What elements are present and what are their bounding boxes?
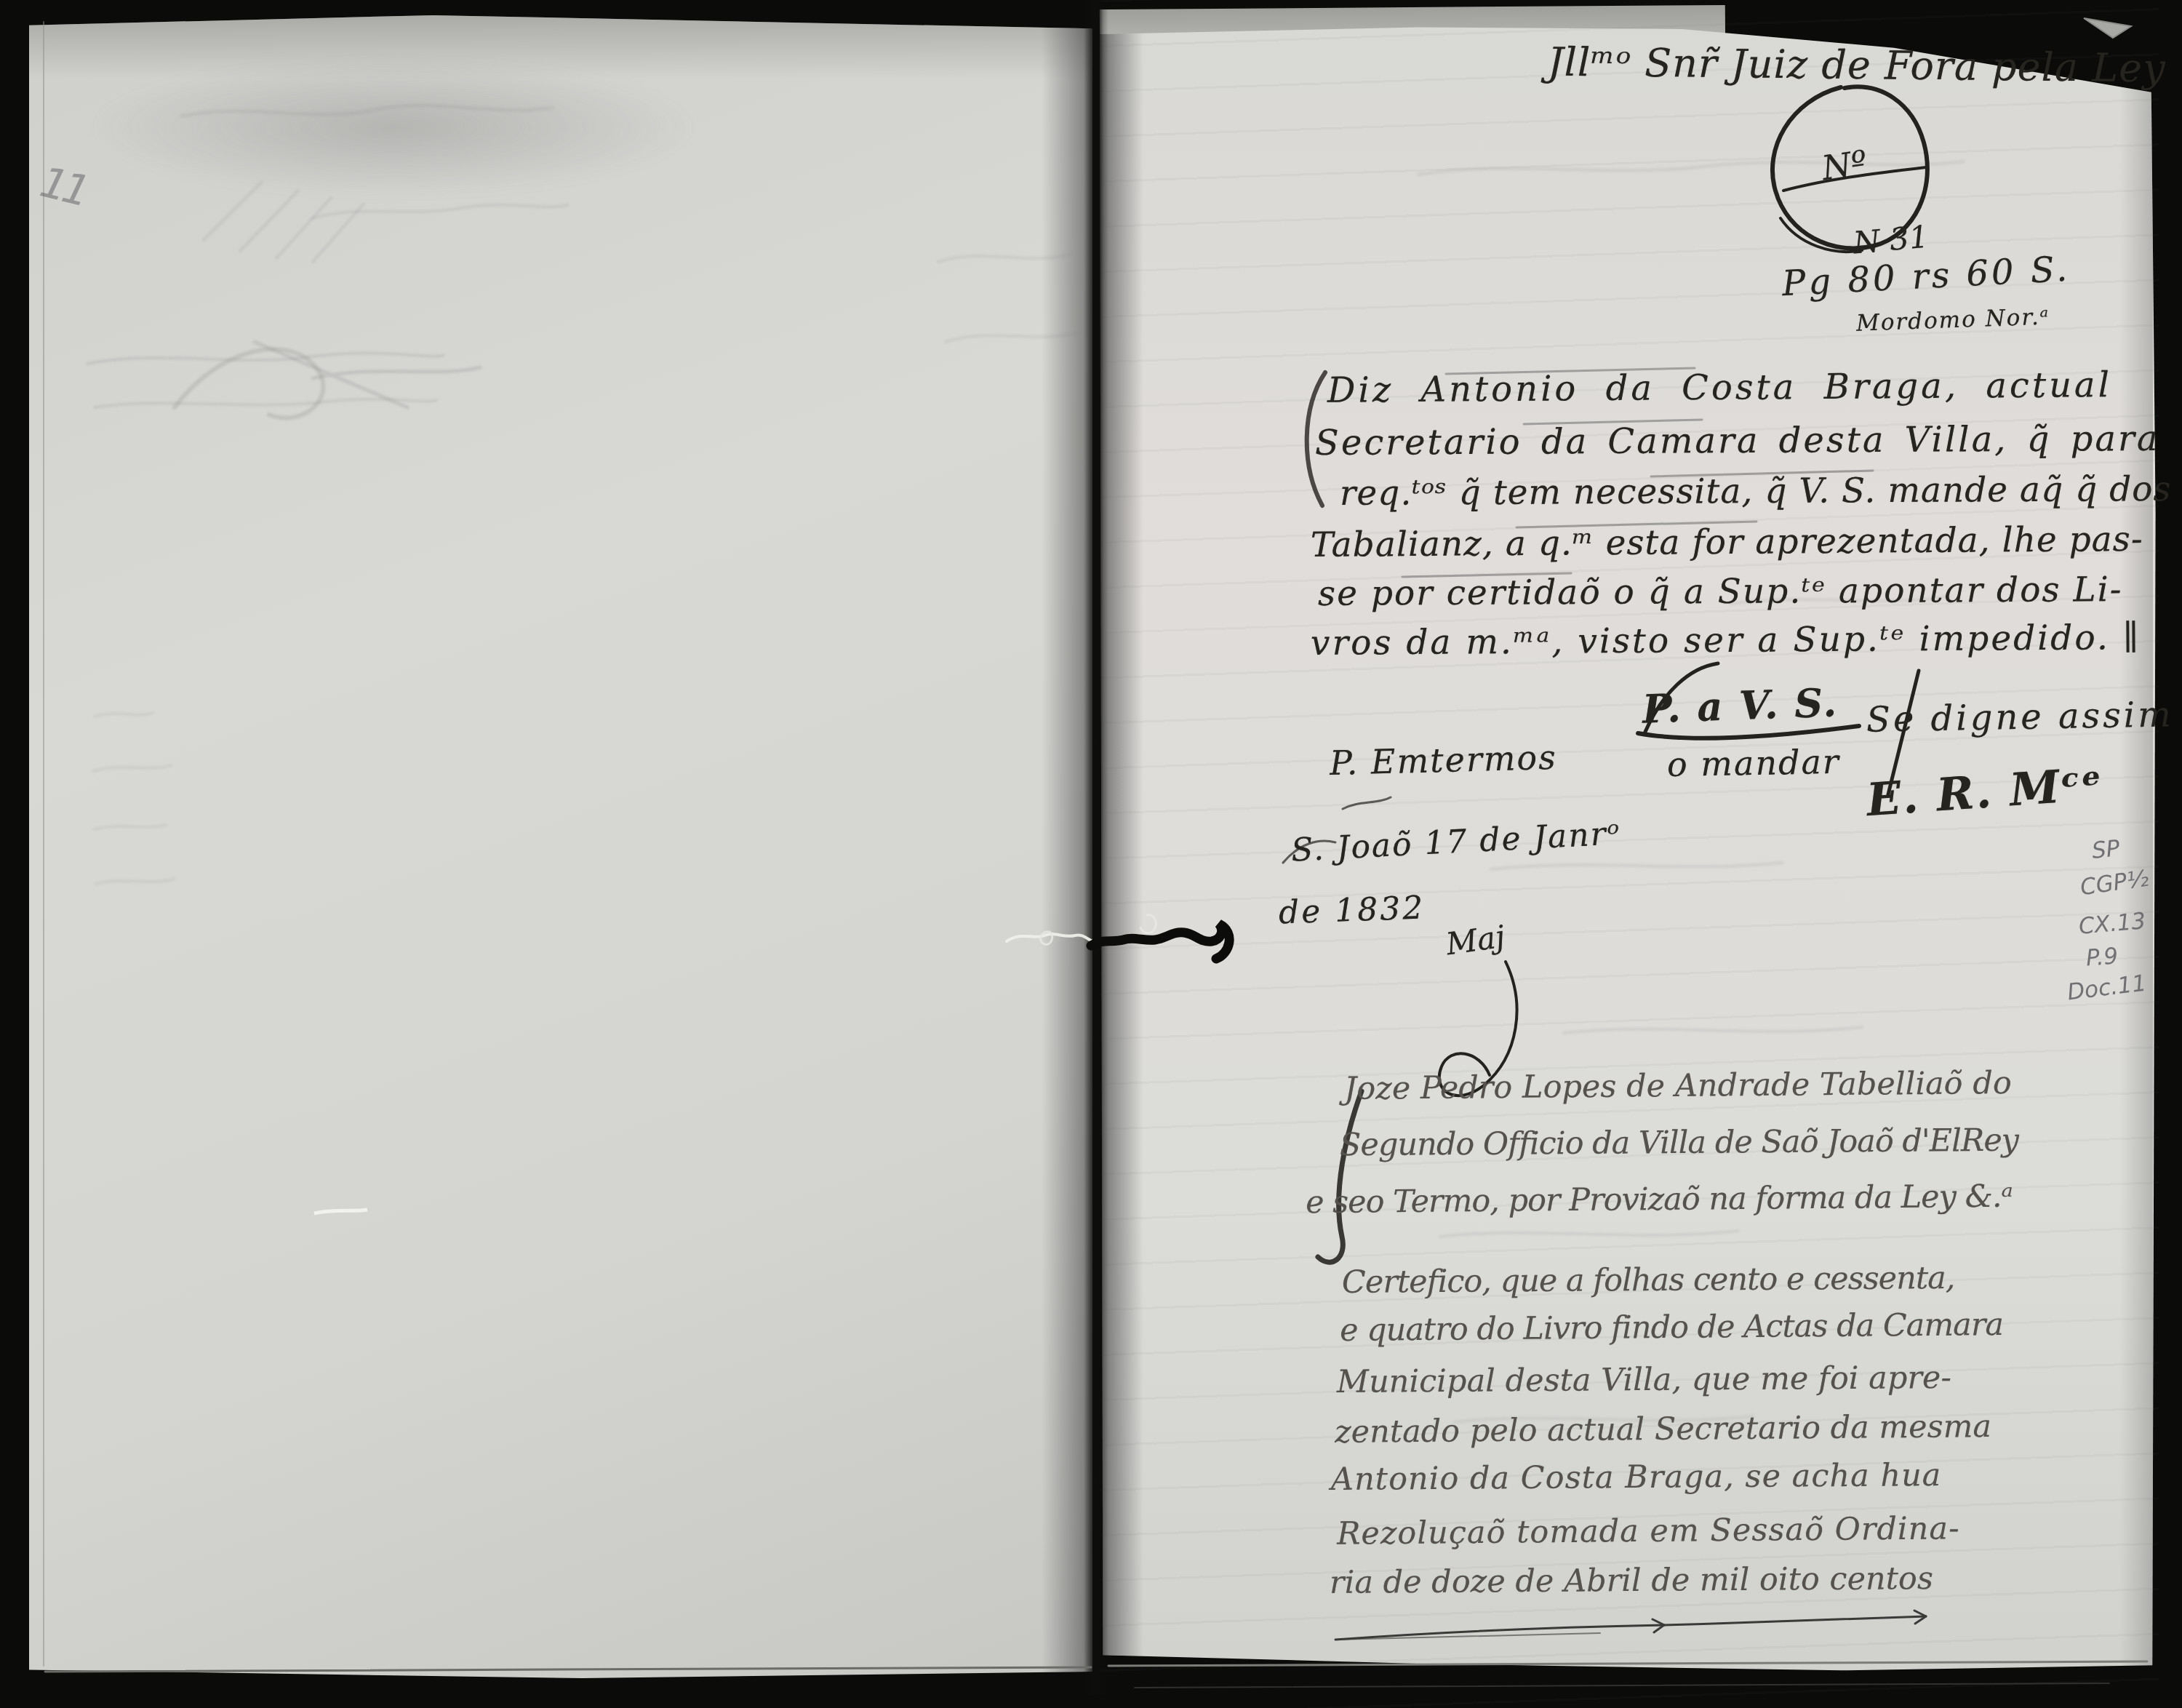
archival-note-folder: P.9 <box>2085 943 2119 972</box>
petition-line: req.ᵗᵒˢ q̃ tem necessita, q̃ V. S. mande… <box>1340 469 2172 514</box>
photographed-manuscript-spread: 11 Jllᵐᵒ Snr̃ Juiz de Fora pela Ley Nº N… <box>0 0 2182 1708</box>
order-line: o mandar <box>1667 742 1841 784</box>
docket-rubric-label: Nº <box>1820 143 1870 188</box>
certificate-line: zentado pelo actual Secretario da mesma <box>1335 1408 1992 1450</box>
certificate-line: e seo Termo, por Provizaõ na forma da Le… <box>1306 1178 2013 1221</box>
book-gutter <box>1084 0 1108 1695</box>
dog-ear-corner <box>2084 18 2131 38</box>
dateline-year: de 1832 <box>1278 890 1426 932</box>
certificate-line: e quatro do Livro findo de Actas da Cama… <box>1340 1306 2003 1349</box>
bleedthrough-smudge <box>87 58 698 196</box>
petition-line: vros da m.ᵐᵃ, visto ser a Sup.ᵗᵉ impedid… <box>1311 618 2141 663</box>
petition-line: Diz Antonio da Costa Braga, actual <box>1327 364 2112 411</box>
certificate-line: Municipal desta Villa, que me foi apre- <box>1337 1360 1951 1400</box>
certificate-line: Rezoluçaõ tomada em Sessaõ Ordina- <box>1337 1510 1960 1552</box>
certificate-line: Joze Pedro Lopes de Andrade Tabelliaõ do <box>1344 1065 2012 1107</box>
certificate-line: Segundo Officio da Villa de Saõ Joaõ d'E… <box>1340 1122 2018 1164</box>
archival-note-region: SP <box>2090 835 2121 864</box>
prayer-abbreviation: P. a V. S. <box>1642 679 1839 732</box>
petition-line: Secretario da Camara desta Villa, q̃ par… <box>1315 418 2160 463</box>
left-page <box>29 10 1092 1683</box>
in-terms-line: P. Emtermos <box>1329 738 1557 783</box>
docket-number: N 31 <box>1852 219 1930 261</box>
petition-line: Tabalianz, a q.ᵐ esta for aprezentada, l… <box>1311 519 2143 565</box>
certificate-line: ria de doze de Abril de mil oito centos <box>1330 1560 1933 1601</box>
addressee-line: Jllᵐᵒ Snr̃ Juiz de Fora pela Ley <box>1548 39 2166 92</box>
certificate-line: Antonio da Costa Braga, se acha hua <box>1331 1457 1942 1498</box>
petition-line: se por certidaõ o q̃ a Sup.ᵗᵉ apontar do… <box>1318 570 2123 614</box>
certificate-line: Certefico, que a folhas cento e cessenta… <box>1342 1260 1955 1301</box>
prayer-text: Se digne assim <box>1866 694 2175 740</box>
